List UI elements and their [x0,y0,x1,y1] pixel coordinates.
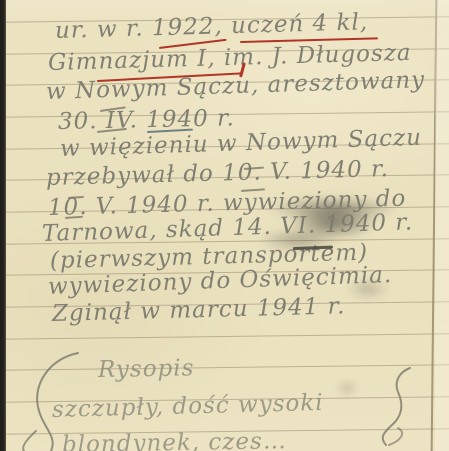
pencil-brace-right [383,368,410,445]
scan-edge [0,0,6,451]
pencil-braces [0,0,449,451]
notebook-page: ur. w r. 1922, uczeń 4 kl, Gimnazjum I, … [0,0,449,451]
pencil-brace-left-lower [23,431,36,451]
pencil-brace-left [37,353,78,451]
pencil-brace-right-lower [389,428,402,445]
